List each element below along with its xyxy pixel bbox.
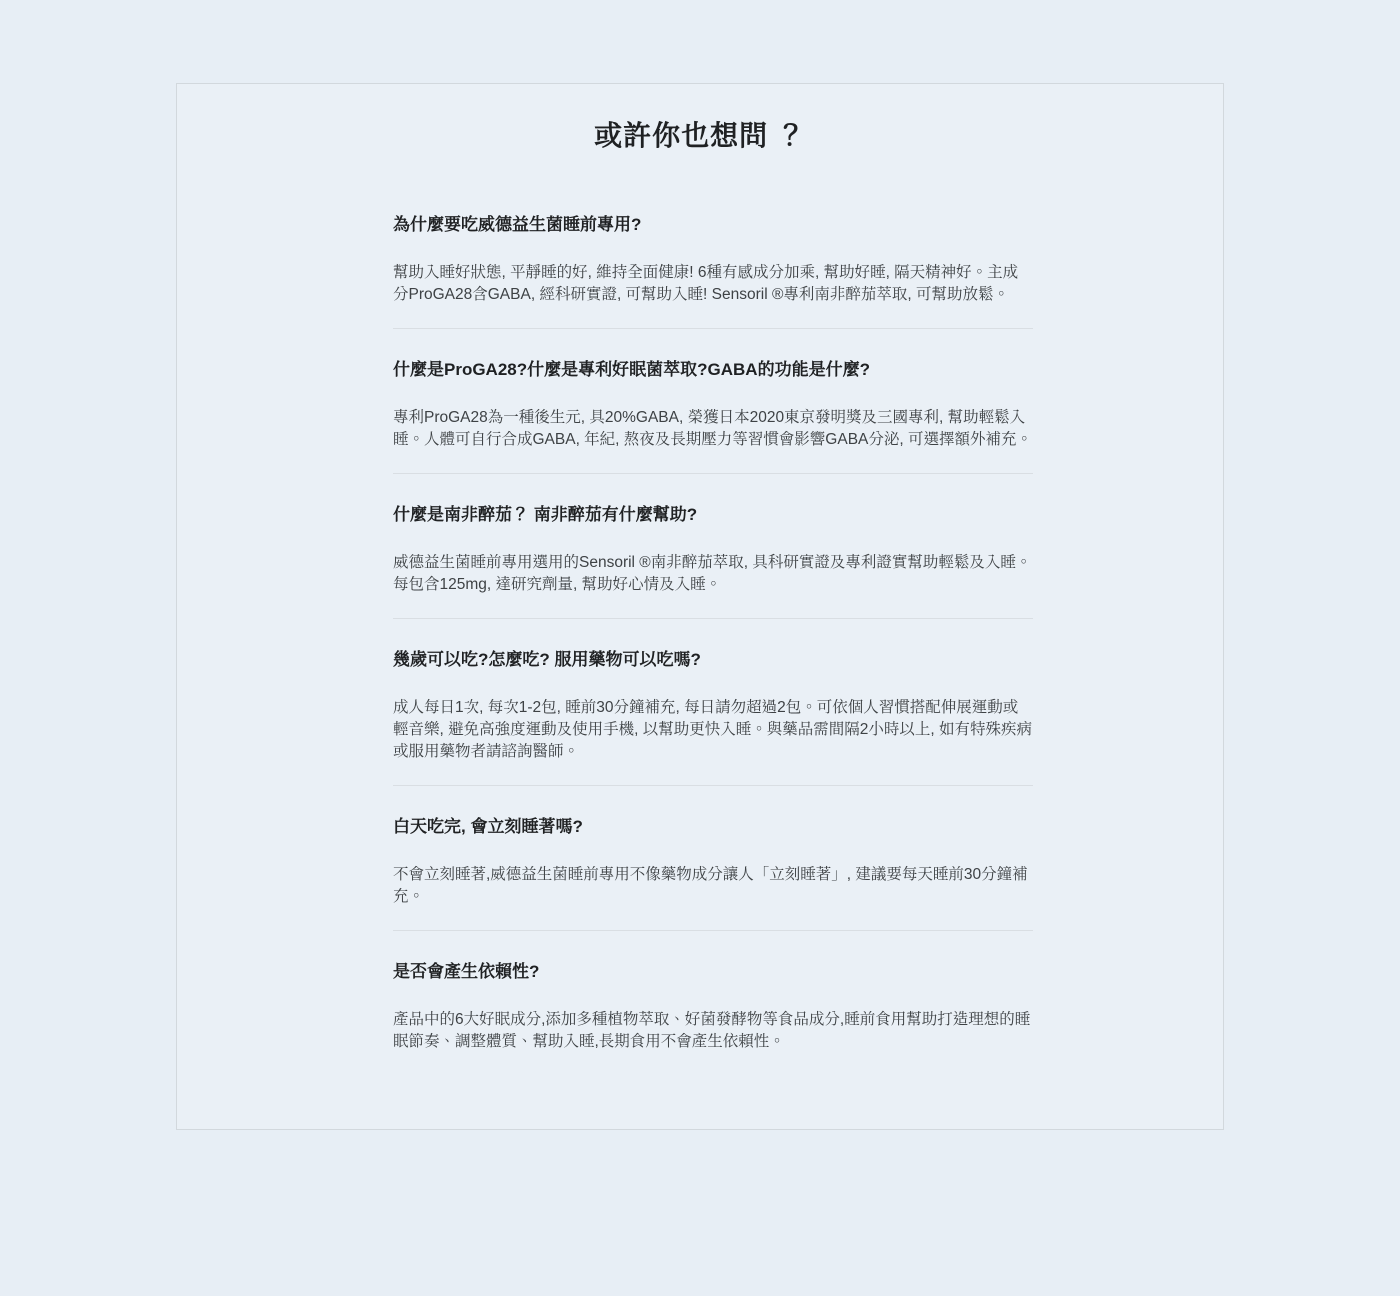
faq-item: 什麼是南非醉茄？ 南非醉茄有什麼幫助? 威德益生菌睡前專用選用的Sensoril… xyxy=(393,474,1033,619)
faq-answer: 幫助入睡好狀態, 平靜睡的好, 維持全面健康! 6種有感成分加乘, 幫助好睡, … xyxy=(393,262,1033,306)
faq-question: 什麼是ProGA28?什麼是專利好眠菌萃取?GABA的功能是什麼? xyxy=(393,357,1033,383)
faq-list: 為什麼要吃威德益生菌睡前專用? 幫助入睡好狀態, 平靜睡的好, 維持全面健康! … xyxy=(393,212,1033,1053)
faq-answer: 威德益生菌睡前專用選用的Sensoril ®南非醉茄萃取, 具科研實證及專利證實… xyxy=(393,552,1033,596)
faq-question: 什麼是南非醉茄？ 南非醉茄有什麼幫助? xyxy=(393,502,1033,528)
faq-item: 是否會產生依賴性? 產品中的6大好眠成分,添加多種植物萃取、好菌發酵物等食品成分… xyxy=(393,931,1033,1053)
faq-question: 白天吃完, 會立刻睡著嗎? xyxy=(393,814,1033,840)
faq-answer: 專利ProGA28為一種後生元, 具20%GABA, 榮獲日本2020東京發明獎… xyxy=(393,407,1033,451)
faq-item: 為什麼要吃威德益生菌睡前專用? 幫助入睡好狀態, 平靜睡的好, 維持全面健康! … xyxy=(393,212,1033,329)
faq-answer: 產品中的6大好眠成分,添加多種植物萃取、好菌發酵物等食品成分,睡前食用幫助打造理… xyxy=(393,1009,1033,1053)
faq-item: 什麼是ProGA28?什麼是專利好眠菌萃取?GABA的功能是什麼? 專利ProG… xyxy=(393,329,1033,474)
faq-question: 為什麼要吃威德益生菌睡前專用? xyxy=(393,212,1033,238)
faq-section-card: 或許你也想問 ？ 為什麼要吃威德益生菌睡前專用? 幫助入睡好狀態, 平靜睡的好,… xyxy=(176,83,1224,1130)
faq-question: 是否會產生依賴性? xyxy=(393,959,1033,985)
faq-item: 幾歲可以吃?怎麼吃? 服用藥物可以吃嗎? 成人每日1次, 每次1-2包, 睡前3… xyxy=(393,619,1033,786)
faq-item: 白天吃完, 會立刻睡著嗎? 不會立刻睡著,威德益生菌睡前專用不像藥物成分讓人「立… xyxy=(393,786,1033,931)
faq-section-title: 或許你也想問 ？ xyxy=(177,118,1223,154)
faq-answer: 成人每日1次, 每次1-2包, 睡前30分鐘補充, 每日請勿超過2包。可依個人習… xyxy=(393,697,1033,763)
faq-answer: 不會立刻睡著,威德益生菌睡前專用不像藥物成分讓人「立刻睡著」, 建議要每天睡前3… xyxy=(393,864,1033,908)
faq-question: 幾歲可以吃?怎麼吃? 服用藥物可以吃嗎? xyxy=(393,647,1033,673)
